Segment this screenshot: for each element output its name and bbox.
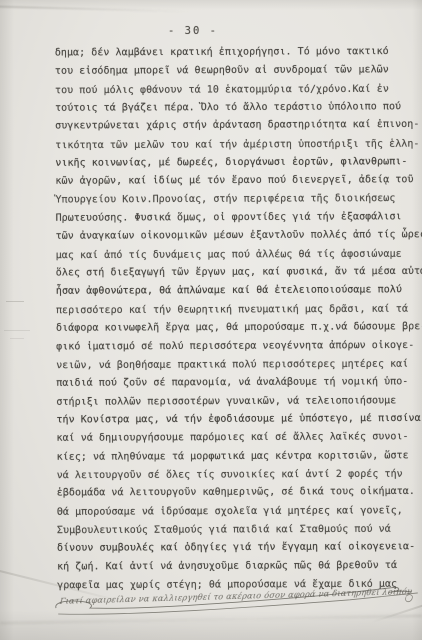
text-line: τούτοις τά βγάζει πέρα. Ὅλο τό ἄλλο τερά… [55,98,415,118]
text-line: ἦσαν ἀφθονώτερα, θά ἁπλώναμε καί θά ἐτελ… [56,282,416,302]
text-line: καί νά δημιουργήσουμε παρόμοιες καί σέ ἄ… [56,428,416,448]
text-line: περισσότερο καί τήν θεωρητική πνευματική… [56,300,416,320]
text-line: κή ζωή. Καί ἀντί νά ἀνησυχοῦμε διαρκῶς π… [57,557,417,577]
text-line: κίες; νά πληθύναμε τά μορφωτικά μας κέντ… [57,447,417,467]
text-line: του εἰσόδημα μπορεῖ νά θεωρηθοῦν αἱ συνδ… [55,62,415,82]
text-line: τῶν ἀναγκαίων οἰκονομικῶν μέσων ἐξαντλοῦ… [56,227,416,247]
text-line: του πού μόλις φθάνουν τά 10 ἑκατομμύρια … [55,80,415,100]
text-line: στήριξι πολλῶν περισσοτέρων γυναικῶν, νά… [56,392,416,412]
page-number: - 30 - [168,25,218,37]
text-line: κῶν ἀγορῶν, καί ἰδίως μέ τόν ἔρανο πού δ… [55,172,415,192]
text-line: ἑβδομάδα νά λειτουργοῦν καθημερινῶς, σέ … [57,483,417,503]
text-line: νικῆς κοινωνίας, μέ δωρεές, διοργάνωσι ἑ… [55,153,415,173]
text-line: φικό ἱματισμό σέ πολύ περισσότερα νεογέν… [56,336,416,356]
text-line: Θά μπορούσαμε νά ἱδρύσαμε σχολεῖα γιά μη… [57,502,417,522]
text-line: δημα; δέν λαμβάνει κρατική ἐπιχορήγησι. … [55,43,415,63]
text-line: διάφορα κοινωφελῆ ἔργα μας, θά μπορούσαμ… [56,318,416,338]
scan-artifact [10,338,24,339]
text-line: νειῶν, νά βοηθήσαμε πρακτικά πολύ περισσ… [56,355,416,375]
paper-crease [0,5,190,12]
text-line: τήν Κονίστρα μας, νά τήν ἐφοδιάσουμε μέ … [56,410,416,430]
text-line: ὅλες στή διεξαγωγή τῶν ἔργων μας, καί φυ… [56,263,416,283]
text-line: Συμβουλευτικούς Σταθμούς γιά παιδιά καί … [57,521,417,541]
text-line: τικότητα τῶν μελῶν του καί τήν ἀμέριστη … [55,135,415,155]
typewritten-body: δημα; δέν λαμβάνει κρατική ἐπιχορήγησι. … [55,43,417,595]
text-line: συγκεντρώνεται χάρις στήν ἀράνταση δραστ… [55,116,415,136]
scan-artifact [6,301,24,302]
scanned-page: - 30 - δημα; δέν λαμβάνει κρατική ἐπιχορ… [0,0,422,640]
text-line: Πρωτευούσης. Φυσικά ὅμως, οἱ φροντίδες γ… [56,208,416,228]
text-line: Ὑπουργείου Κοιν.Προνοίας, στήν περιφέρει… [55,190,415,210]
scan-artifact [4,330,30,331]
text-line: παιδιά πού ζοῦν σέ παρανομία, νά ἀναλάβο… [56,373,416,393]
text-line: δίνουν συμβουλές καί ὁδηγίες γιά τήν ἔγγ… [57,538,417,558]
